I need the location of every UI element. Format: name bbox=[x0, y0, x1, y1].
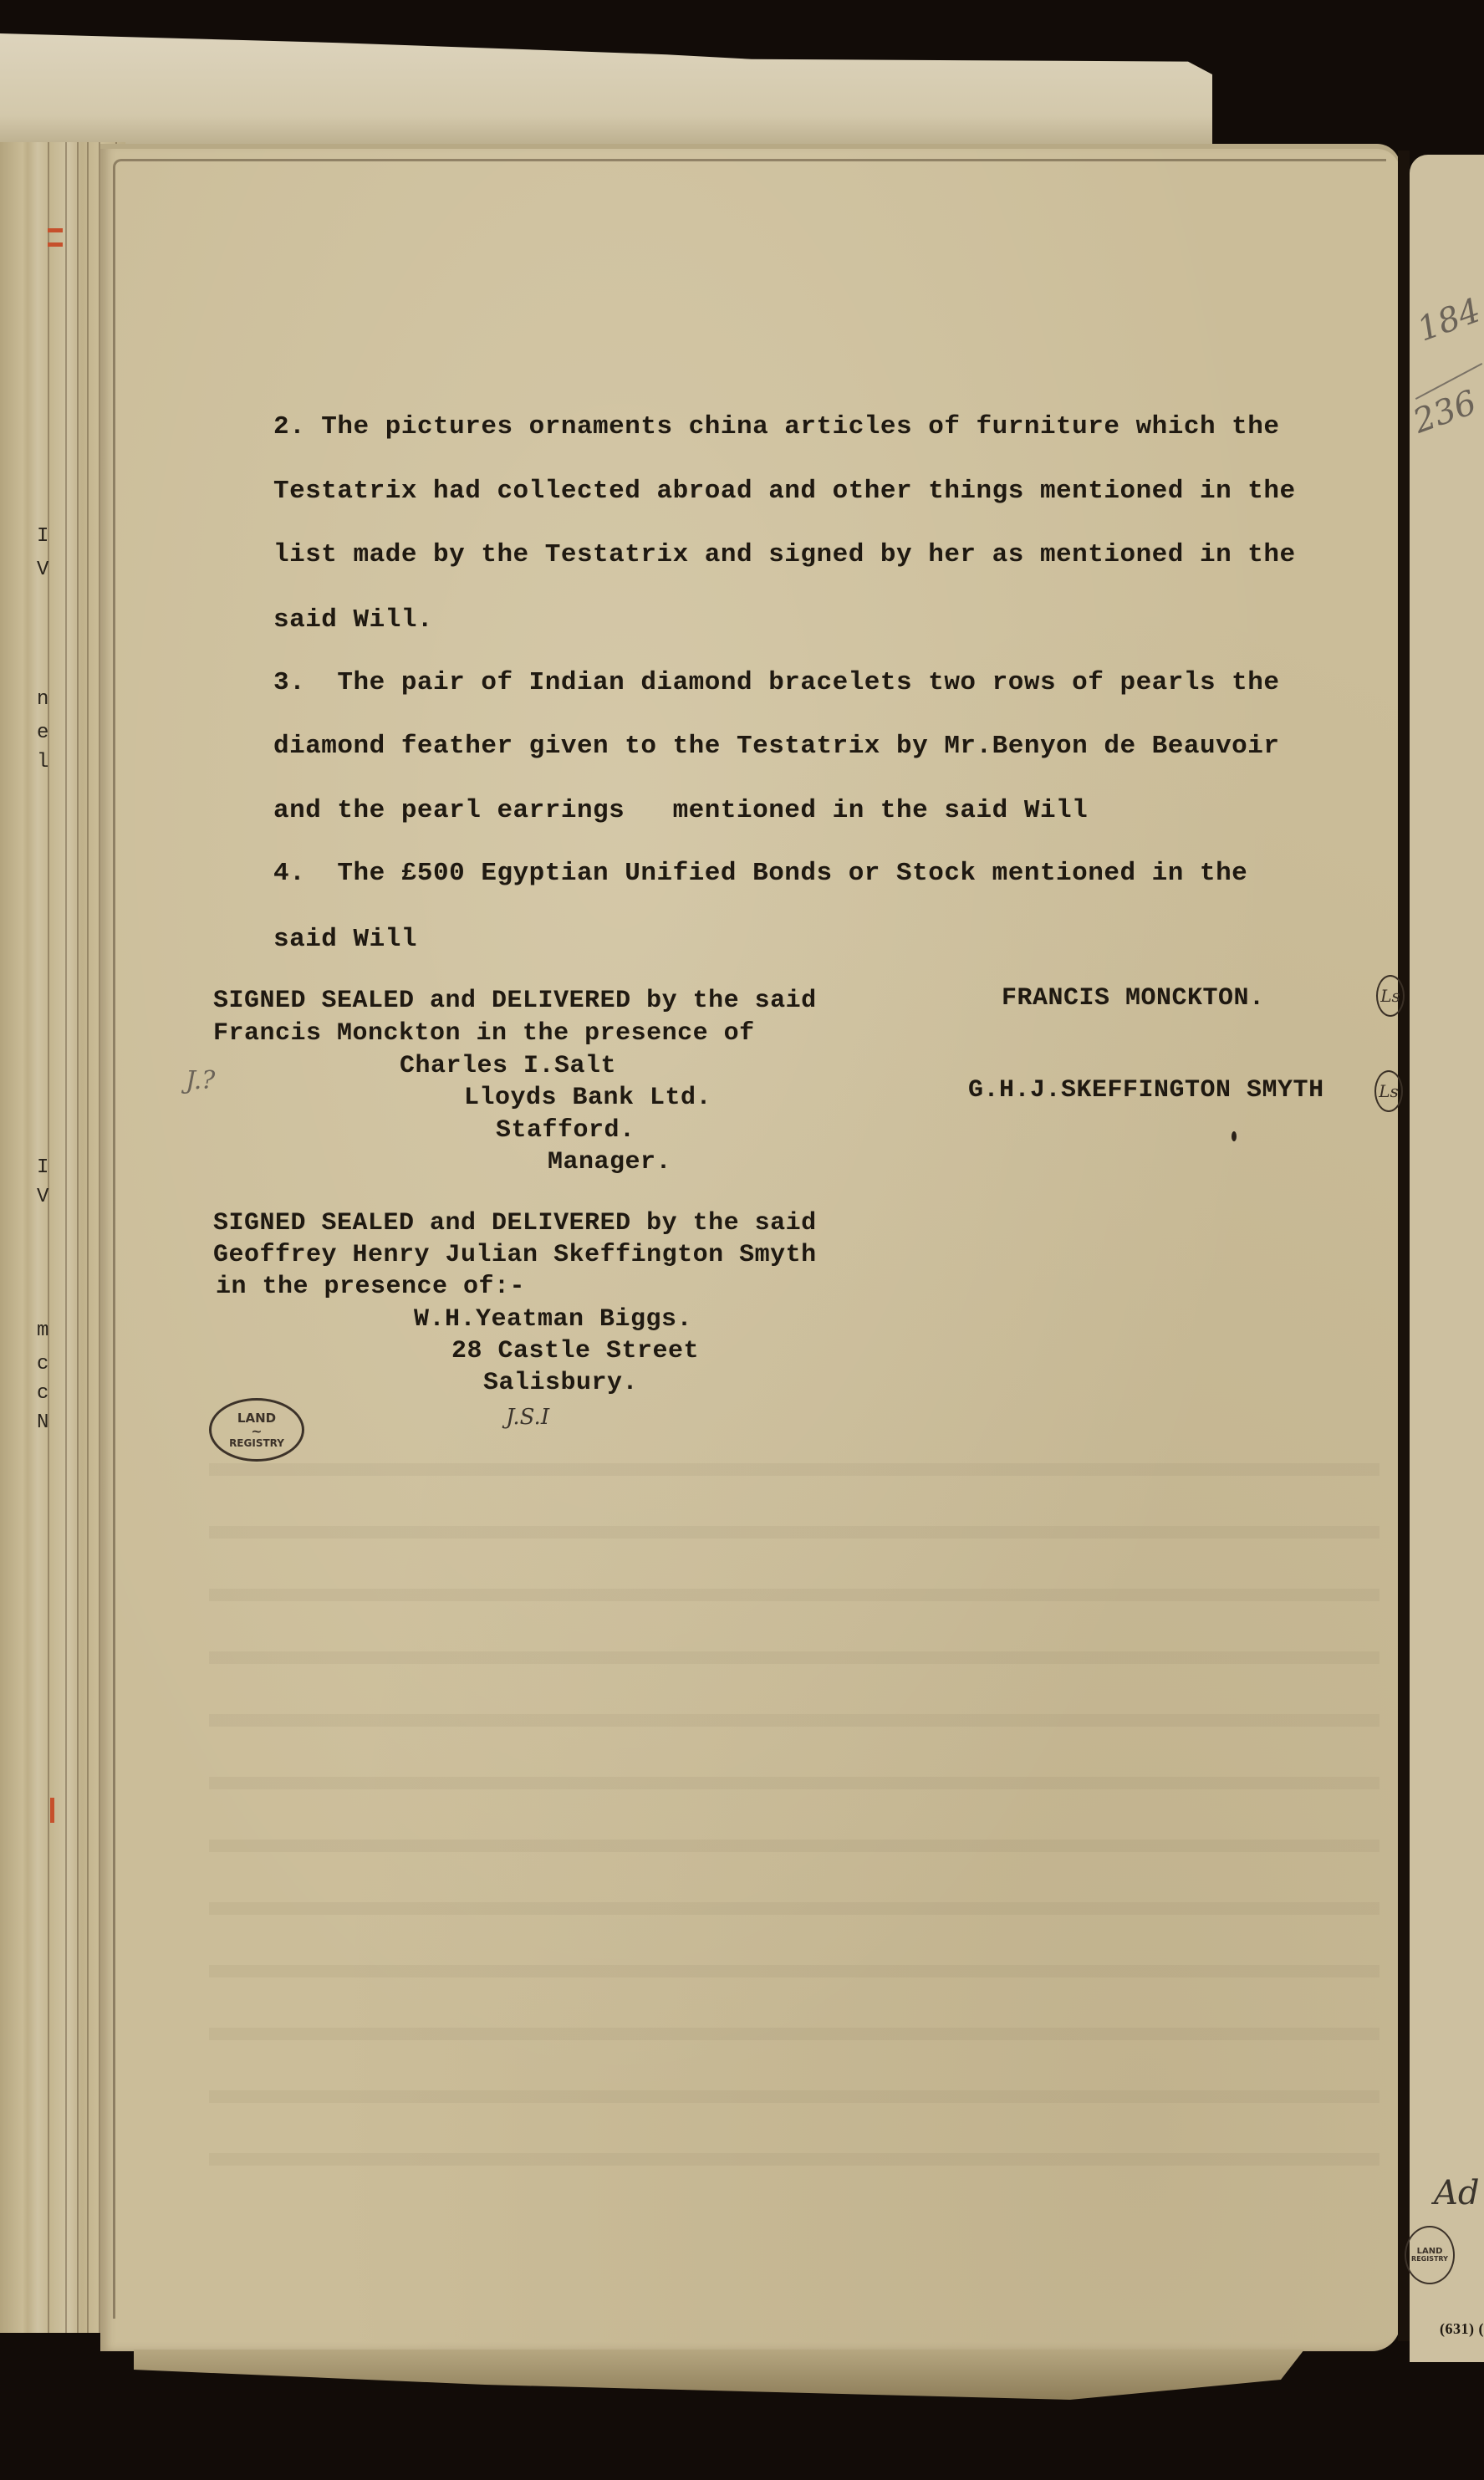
next-page-handwriting: Ad bbox=[1434, 2174, 1480, 2212]
leaf-fragment: c bbox=[37, 1384, 48, 1404]
land-registry-stamp-icon: LAND REGISTRY bbox=[1405, 2226, 1455, 2284]
witness-name: Charles I.Salt bbox=[400, 1052, 616, 1080]
text-line: 4. The £500 Egyptian Unified Bonds or St… bbox=[273, 859, 1247, 888]
witness-occupation: Manager. bbox=[548, 1148, 671, 1176]
signatory-name: FRANCIS MONCKTON. bbox=[1002, 984, 1265, 1013]
seal-initials: Ls bbox=[1380, 986, 1400, 1006]
text-line: and the pearl earrings mentioned in the … bbox=[273, 796, 1088, 825]
leaf-fragment: I bbox=[37, 527, 48, 547]
leaf-fragment: e bbox=[37, 723, 48, 743]
stamp-text: REGISTRY bbox=[1411, 2256, 1448, 2263]
attestation-clause: Geoffrey Henry Julian Skeffington Smyth bbox=[213, 1241, 817, 1269]
leaf-fragment: N bbox=[37, 1413, 48, 1433]
seal-initials: Ls bbox=[1379, 1081, 1399, 1101]
witness-name: W.H.Yeatman Biggs. bbox=[414, 1305, 692, 1334]
witness-address: Salisbury. bbox=[483, 1369, 638, 1397]
ink-blot bbox=[1232, 1131, 1237, 1141]
attestation-clause: Francis Monckton in the presence of bbox=[213, 1019, 755, 1048]
text-line: said Will. bbox=[273, 605, 433, 635]
signatory-name: G.H.J.SKEFFINGTON SMYTH bbox=[968, 1076, 1324, 1105]
pencil-margin-note: J.? bbox=[186, 1066, 215, 1095]
witness-address: Lloyds Bank Ltd. bbox=[464, 1084, 711, 1112]
leaf-fragment: n bbox=[37, 690, 48, 710]
text-line: diamond feather given to the Testatrix b… bbox=[273, 732, 1280, 761]
text-line: Testatrix had collected abroad and other… bbox=[273, 477, 1296, 506]
top-flap-page bbox=[0, 33, 1212, 151]
leaf-fragment: I bbox=[37, 1158, 48, 1178]
leaf-fragment: m bbox=[37, 1321, 48, 1341]
text-line: said Will bbox=[273, 925, 417, 954]
seal-initials-icon: Ls bbox=[1376, 975, 1405, 1017]
attestation-clause: SIGNED SEALED and DELIVERED by the said bbox=[213, 987, 817, 1015]
witness-address: Stafford. bbox=[496, 1116, 635, 1145]
stamp-text: REGISTRY bbox=[229, 1438, 284, 1448]
page-bottom-edge bbox=[134, 2350, 1304, 2400]
witness-address: 28 Castle Street bbox=[451, 1337, 699, 1365]
next-page bbox=[1410, 155, 1484, 2362]
leaf-fragment: l bbox=[37, 753, 48, 773]
red-tab-mark bbox=[48, 242, 63, 247]
leaf-fragment: V bbox=[37, 1187, 48, 1207]
seal-initials-icon: Ls bbox=[1374, 1070, 1403, 1112]
pencil-initials: J.S.I bbox=[506, 1405, 549, 1430]
book-gutter bbox=[1398, 151, 1410, 2341]
land-registry-stamp-icon: LAND ~ REGISTRY bbox=[209, 1398, 304, 1462]
leaf-fragment: V bbox=[37, 560, 48, 580]
form-number: (631) ( bbox=[1440, 2320, 1484, 2338]
red-tab-mark bbox=[50, 1798, 54, 1823]
attestation-clause: in the presence of:- bbox=[216, 1273, 525, 1301]
text-line: list made by the Testatrix and signed by… bbox=[273, 540, 1296, 569]
text-line: 2. The pictures ornaments china articles… bbox=[273, 412, 1280, 441]
text-line: 3. The pair of Indian diamond bracelets … bbox=[273, 668, 1280, 697]
red-tab-mark bbox=[48, 228, 63, 232]
leaf-fragment: c bbox=[37, 1355, 48, 1375]
attestation-clause: SIGNED SEALED and DELIVERED by the said bbox=[213, 1209, 817, 1237]
